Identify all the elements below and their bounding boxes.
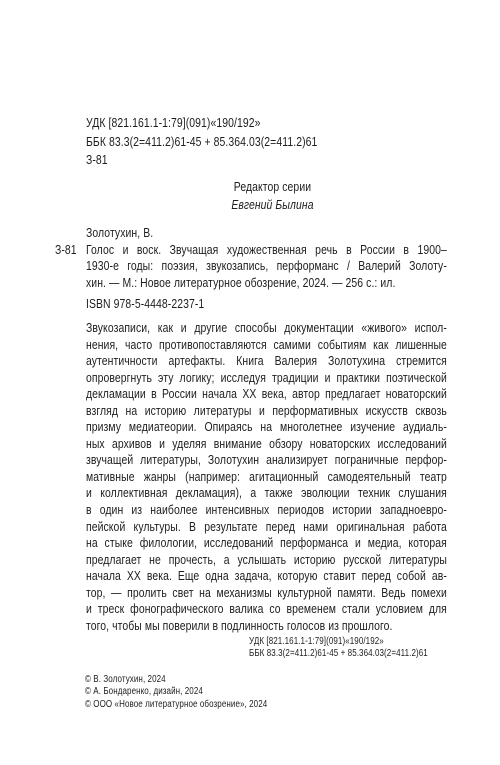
annotation-line: пейской культуры. В результате перед нам…	[86, 519, 447, 536]
classification-line: УДК [821.161.1-1:79](091)«190/192»	[86, 114, 447, 133]
isbn: ISBN 978-5-4448-2237-1	[86, 296, 447, 313]
classification-line: ББК 83.3(2=411.2)61-45 + 85.364.03(2=411…	[86, 133, 447, 152]
annotation-line: опровергнуть эту логику; исследуя традиц…	[86, 370, 447, 387]
annotation-line: в один из наиболее интенсивных периодов …	[86, 502, 447, 519]
copyright-line: © ООО «Новое литературное обозрение», 20…	[85, 699, 422, 711]
annotation-line: и коллективная декламация), а также эвол…	[86, 485, 447, 502]
annotation-line: призму медиатеории. Опираясь на многолет…	[86, 419, 447, 436]
annotation-line: мативные жанры (например: агитационный с…	[86, 469, 447, 486]
classification-line: З-81	[86, 151, 447, 170]
annotation-line: аутентичности артефакты. Книга Валерия З…	[86, 353, 447, 370]
annotation-line: того, чтобы мы поверили в подлинность го…	[86, 618, 447, 635]
annotation-line: звучащей литературы, Золотухин анализиру…	[86, 452, 447, 469]
book-imprint-page: УДК [821.161.1-1:79](091)«190/192»ББК 83…	[0, 0, 500, 765]
bibliographic-record-line: Голос и воск. Звучащая художественная ре…	[86, 242, 447, 259]
bibliographic-record-line: хин. — М.: Новое литературное обозрение,…	[86, 275, 447, 292]
classification-block-footer: УДК [821.161.1-1:79](091)«190/192»ББК 83…	[249, 636, 474, 661]
annotation-line: и треск фонографического валика со време…	[86, 601, 447, 618]
annotation-line: нения, часто противопоставляются самими …	[86, 337, 447, 354]
copyright-line: © А. Бондаренко, дизайн, 2024	[85, 686, 422, 698]
annotation-line: тор, — пролить свет на механизмы культур…	[86, 585, 447, 602]
series-editor-role: Редактор серии	[92, 178, 453, 196]
classification-block-top: УДК [821.161.1-1:79](091)«190/192»ББК 83…	[86, 114, 447, 170]
annotation-line: предлагает не прочесть, а услышать истор…	[86, 552, 447, 569]
annotation-line: на стыке филологии, исследований перформ…	[86, 535, 447, 552]
bibliographic-record: Голос и воск. Звучащая художественная ре…	[86, 242, 447, 292]
annotation-line: начала XX века. Еще одна задача, которую…	[86, 568, 447, 585]
series-editor-name: Евгений Былина	[92, 196, 453, 214]
annotation-paragraph: Звукозаписи, как и другие способы докуме…	[86, 320, 447, 634]
series-editor-block: Редактор серии Евгений Былина	[92, 178, 453, 213]
bibliographic-record-line: 1930-е годы: поэзия, звукозапись, перфор…	[86, 258, 447, 275]
annotation-line: Звукозаписи, как и другие способы докуме…	[86, 320, 447, 337]
author-heading: Золотухин, В.	[86, 225, 447, 242]
copyright-list: © В. Золотухин, 2024© А. Бондаренко, диз…	[85, 674, 422, 711]
annotation-line: взгляд на историю литературы и перформат…	[86, 403, 447, 420]
classification-footer-line: УДК [821.161.1-1:79](091)«190/192»	[249, 636, 474, 648]
annotation-line: ных архивов и уделяя внимание обзору нов…	[86, 436, 447, 453]
annotation-line: декламации в России начала XX века, авто…	[86, 386, 447, 403]
classification-footer-line: ББК 83.3(2=411.2)61-45 + 85.364.03(2=411…	[249, 648, 474, 660]
copyright-line: © В. Золотухин, 2024	[85, 674, 422, 686]
